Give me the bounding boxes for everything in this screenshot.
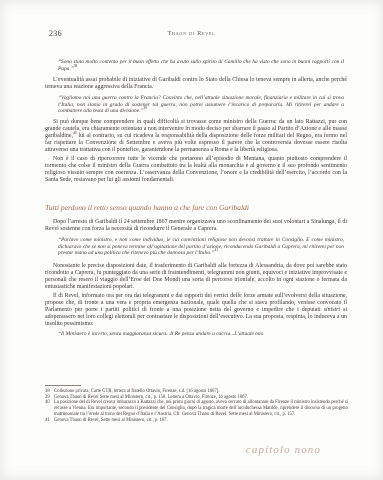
paragraph-eventualita: L’eventualità assai probabile di iniziat… bbox=[45, 77, 347, 91]
chapter-footer: capitolo nono bbox=[246, 444, 321, 456]
book-page: 236 Thaon di Revel “Sono stato molto con… bbox=[0, 0, 383, 480]
block-quote-francia: “Vogliamo noi una guerra contro la Franc… bbox=[58, 95, 344, 115]
footnote-number: 40 bbox=[45, 400, 54, 417]
footnote-divider bbox=[45, 385, 81, 386]
section-heading: Tutti perdono il retto senso quando hann… bbox=[45, 203, 347, 212]
footnote-number: 41 bbox=[45, 418, 54, 424]
paragraph-text: Il di Revel, informato ora per ora dai t… bbox=[45, 293, 347, 313]
paragraph-arresto: Dopo l’arresto di Garibaldi il 24 settem… bbox=[45, 219, 347, 233]
quote-text: “Parlavo come ministro, e non come indiv… bbox=[58, 237, 344, 256]
quote-text: “Vogliamo noi una guerra contro la Franc… bbox=[58, 95, 344, 114]
running-header: Thaon di Revel bbox=[0, 31, 383, 37]
paragraph-mentana: Non è il caso di ripercorrere tutte le v… bbox=[45, 156, 347, 184]
footnote-text: La posizione del di Revel creava imbaraz… bbox=[54, 400, 348, 417]
footnote-text: Genova Thaon di Revel, Sette mesi al Min… bbox=[54, 418, 348, 424]
footnote-ref-41: 41 bbox=[214, 248, 218, 252]
main-text-column: “Sono stato molto contento per il buon e… bbox=[45, 59, 347, 337]
paragraph-text: lui al contrario, su cui ricadeva la res… bbox=[45, 133, 347, 153]
block-quote-ministro: “Parlavo come ministro, e non come indiv… bbox=[58, 237, 344, 257]
paragraph-difficolta: Si può dunque bene comprendere in quali … bbox=[45, 119, 347, 154]
footnotes-section: 38 Collezione privata, Carte GTR, letter… bbox=[45, 385, 348, 423]
paragraph-trasferimento: Nonostante le precise disposizioni date,… bbox=[45, 263, 347, 291]
block-quote-papa: “Sono stato molto contento per il buon e… bbox=[58, 59, 344, 72]
footnote-40: 40 La posizione del di Revel creava imba… bbox=[45, 400, 348, 417]
footnote-ref-38: 38 bbox=[74, 64, 78, 68]
block-quote-ministero: “Il Ministero è incerto, senza maggioran… bbox=[58, 331, 344, 338]
footnote-ref-39: 39 bbox=[143, 107, 147, 111]
footnote-41: 41 Genova Thaon di Revel, Sette mesi al … bbox=[45, 418, 348, 424]
emphasized-word: sinistri bbox=[324, 307, 340, 313]
quote-text: “Sono stato molto contento per il buon e… bbox=[58, 59, 344, 72]
paragraph-proposta: Il di Revel, informato ora per ora dai t… bbox=[45, 293, 347, 328]
